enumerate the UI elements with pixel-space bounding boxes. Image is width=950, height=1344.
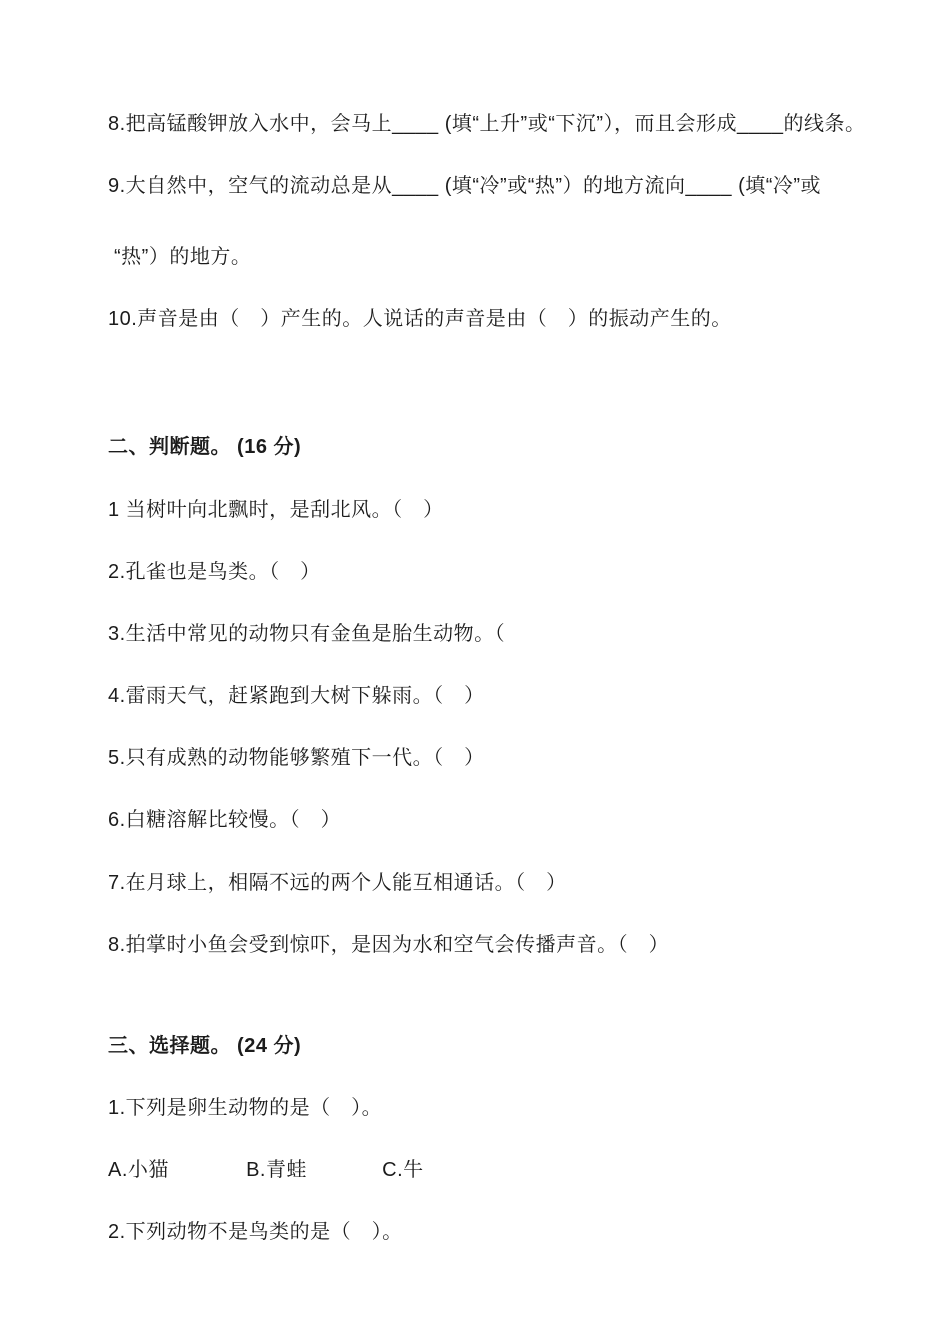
tf-question-1: 1 当树叶向北飘时，是刮北风。（ ） <box>108 498 444 522</box>
mc-question-1-options: A.小猫 B.青蛙 C.牛 <box>108 1158 424 1182</box>
mc-q1-option-c: C.牛 <box>382 1158 424 1182</box>
tf-question-7: 7.在月球上，相隔不远的两个人能互相通话。（ ） <box>108 871 567 895</box>
tf-question-3: 3.生活中常见的动物只有金鱼是胎生动物。（ <box>108 622 505 646</box>
mc-question-1: 1.下列是卵生动物的是（ ）。 <box>108 1096 382 1120</box>
exam-document-page: 8.把高锰酸钾放入水中，会马上____ (填“上升”或“下沉”），而且会形成__… <box>0 0 950 1344</box>
fill-in-question-8: 8.把高锰酸钾放入水中，会马上____ (填“上升”或“下沉”），而且会形成__… <box>108 112 866 136</box>
fill-in-question-10: 10.声音是由（ ）产生的。人说话的声音是由（ ）的振动产生的。 <box>108 307 732 331</box>
fill-in-question-9: 9.大自然中，空气的流动总是从____ (填“冷”或“热”）的地方流向____ … <box>108 174 821 198</box>
section-heading-true-false: 二、判断题。 (16 分) <box>108 435 301 459</box>
mc-q1-option-b: B.青蛙 <box>246 1158 376 1182</box>
tf-question-4: 4.雷雨天气，赶紧跑到大树下躲雨。（ ） <box>108 684 485 708</box>
tf-question-8: 8.拍掌时小鱼会受到惊吓，是因为水和空气会传播声音。（ ） <box>108 933 669 957</box>
section-heading-multiple-choice: 三、选择题。 (24 分) <box>108 1034 301 1058</box>
tf-question-6: 6.白糖溶解比较慢。（ ） <box>108 808 341 832</box>
tf-question-5: 5.只有成熟的动物能够繁殖下一代。（ ） <box>108 746 485 770</box>
mc-question-2: 2.下列动物不是鸟类的是（ ）。 <box>108 1220 403 1244</box>
fill-in-question-9-continuation: “热”）的地方。 <box>114 245 251 269</box>
mc-q1-option-a: A.小猫 <box>108 1158 240 1182</box>
tf-question-2: 2.孔雀也是鸟类。（ ） <box>108 560 321 584</box>
